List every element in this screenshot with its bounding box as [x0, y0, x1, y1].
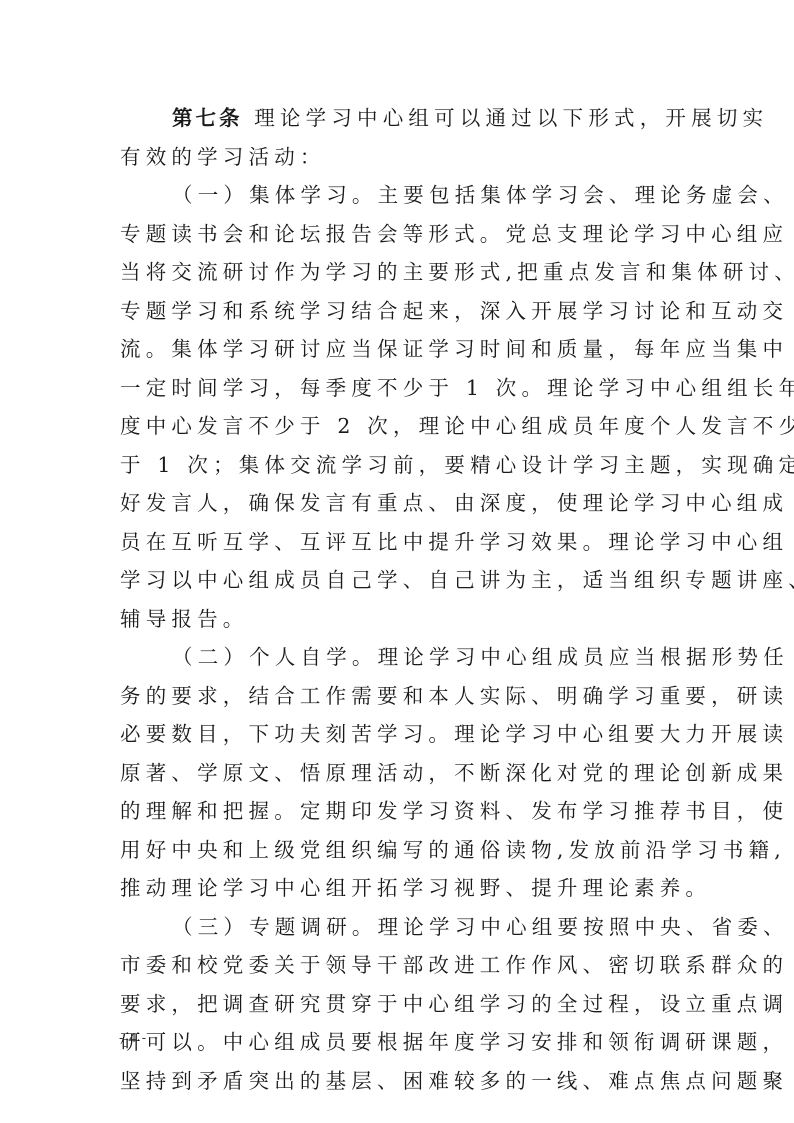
- paragraph-line: 于 1 次；集体交流学习前，要精心设计学习主题，实现确定: [120, 446, 674, 485]
- paragraph-line: 辅导报告。: [120, 600, 674, 639]
- paragraph-line: 专题学习和系统学习结合起来，深入开展学习讨论和互动交: [120, 292, 674, 331]
- paragraph-line: 有效的学习活动：: [120, 138, 674, 177]
- paragraph-line: 流。集体学习研讨应当保证学习时间和质量，每年应当集中: [120, 330, 674, 369]
- paragraph-line: 的理解和把握。定期印发学习资料、发布学习推荐书目，使: [120, 792, 674, 831]
- paragraph-line: 必要数目，下功夫刻苦学习。理论学习中心组要大力开展读: [120, 715, 674, 754]
- paragraph-line: 好发言人，确保发言有重点、由深度，使理论学习中心组成: [120, 484, 674, 523]
- paragraph-line: 员在互听互学、互评互比中提升学习效果。理论学习中心组: [120, 523, 674, 562]
- paragraph-line: 第七条 理论学习中心组可以通过以下形式，开展切实: [120, 99, 674, 138]
- document-body: 第七条 理论学习中心组可以通过以下形式，开展切实 有效的学习活动： （一）集体学…: [120, 99, 674, 1100]
- paragraph-line: 坚持到矛盾突出的基层、困难较多的一线、难点焦点问题聚: [120, 1062, 674, 1101]
- paragraph-line: 研可以。中心组成员要根据年度学习安排和领衔调研课题，: [120, 1023, 674, 1062]
- paragraph-line: 原著、学原文、悟原理活动，不断深化对党的理论创新成果: [120, 754, 674, 793]
- section-heading-line: （二）个人自学。理论学习中心组成员应当根据形势任: [120, 638, 674, 677]
- paragraph-line: 专题读书会和论坛报告会等形式。党总支理论学习中心组应: [120, 215, 674, 254]
- paragraph-line: 当将交流研讨作为学习的主要形式,把重点发言和集体研讨、: [120, 253, 674, 292]
- paragraph-line: 推动理论学习中心组开拓学习视野、提升理论素养。: [120, 869, 674, 908]
- section-heading-line: （一）集体学习。主要包括集体学习会、理论务虚会、: [120, 176, 674, 215]
- section-heading-line: （三）专题调研。理论学习中心组要按照中央、省委、: [120, 908, 674, 947]
- paragraph-line: 度中心发言不少于 2 次，理论中心组成员年度个人发言不少: [120, 407, 674, 446]
- paragraph-line: 一定时间学习，每季度不少于 1 次。理论学习中心组组长年: [120, 369, 674, 408]
- document-page: 第七条 理论学习中心组可以通过以下形式，开展切实 有效的学习活动： （一）集体学…: [0, 0, 794, 1123]
- paragraph-line: 要求，把调查研究贯穿于中心组学习的全过程，设立重点调: [120, 985, 674, 1024]
- paragraph-line: 学习以中心组成员自己学、自己讲为主，适当组织专题讲座、: [120, 561, 674, 600]
- article-text: 理论学习中心组可以通过以下形式，开展切实: [254, 106, 768, 130]
- page-number: - 4 -: [119, 1030, 147, 1045]
- paragraph-line: 用好中央和上级党组织编写的通俗读物,发放前沿学习书籍,: [120, 831, 674, 870]
- article-heading: 第七条: [172, 106, 243, 130]
- paragraph-line: 市委和校党委关于领导干部改进工作作风、密切联系群众的: [120, 946, 674, 985]
- paragraph-line: 务的要求，结合工作需要和本人实际、明确学习重要，研读: [120, 677, 674, 716]
